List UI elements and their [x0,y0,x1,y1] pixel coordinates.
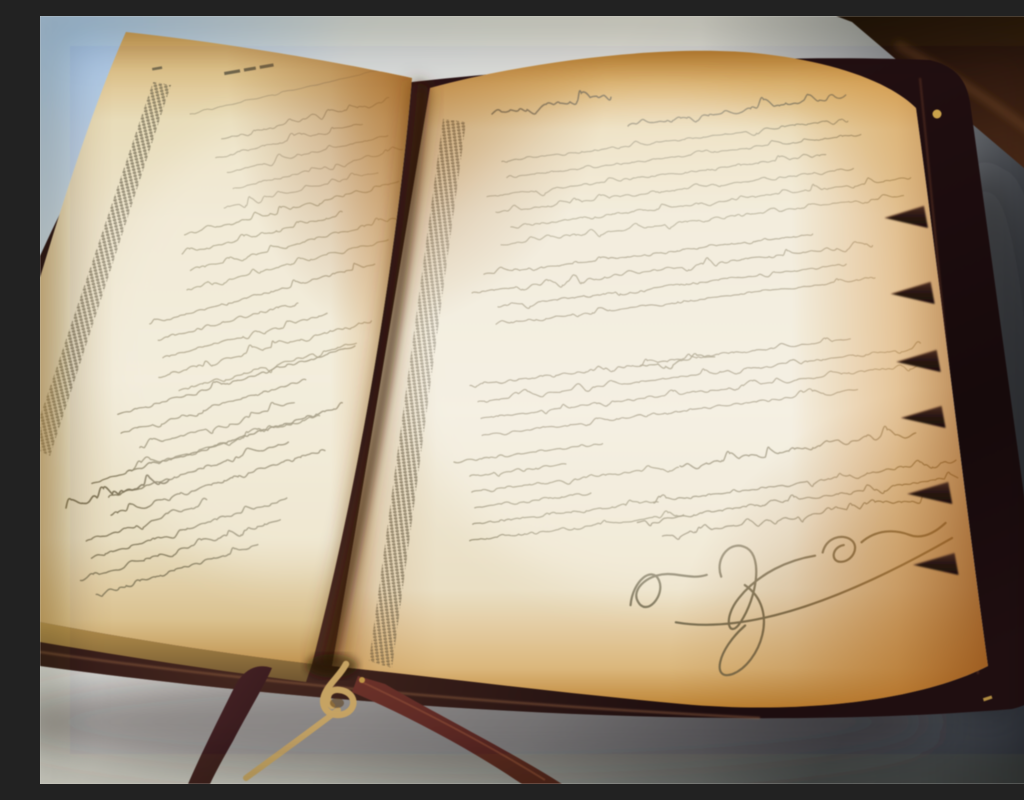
photo-canvas [40,16,1024,784]
gutter-bottom-dark [306,654,358,678]
gold-strap-glint [359,677,365,683]
right-page [332,51,988,708]
knot-shadow [330,698,344,708]
right-page-bottom-burn [332,51,988,708]
gold-corner-ornament [933,110,942,119]
photo-open-journal: Close-up photograph of an antique leathe… [40,16,1024,784]
